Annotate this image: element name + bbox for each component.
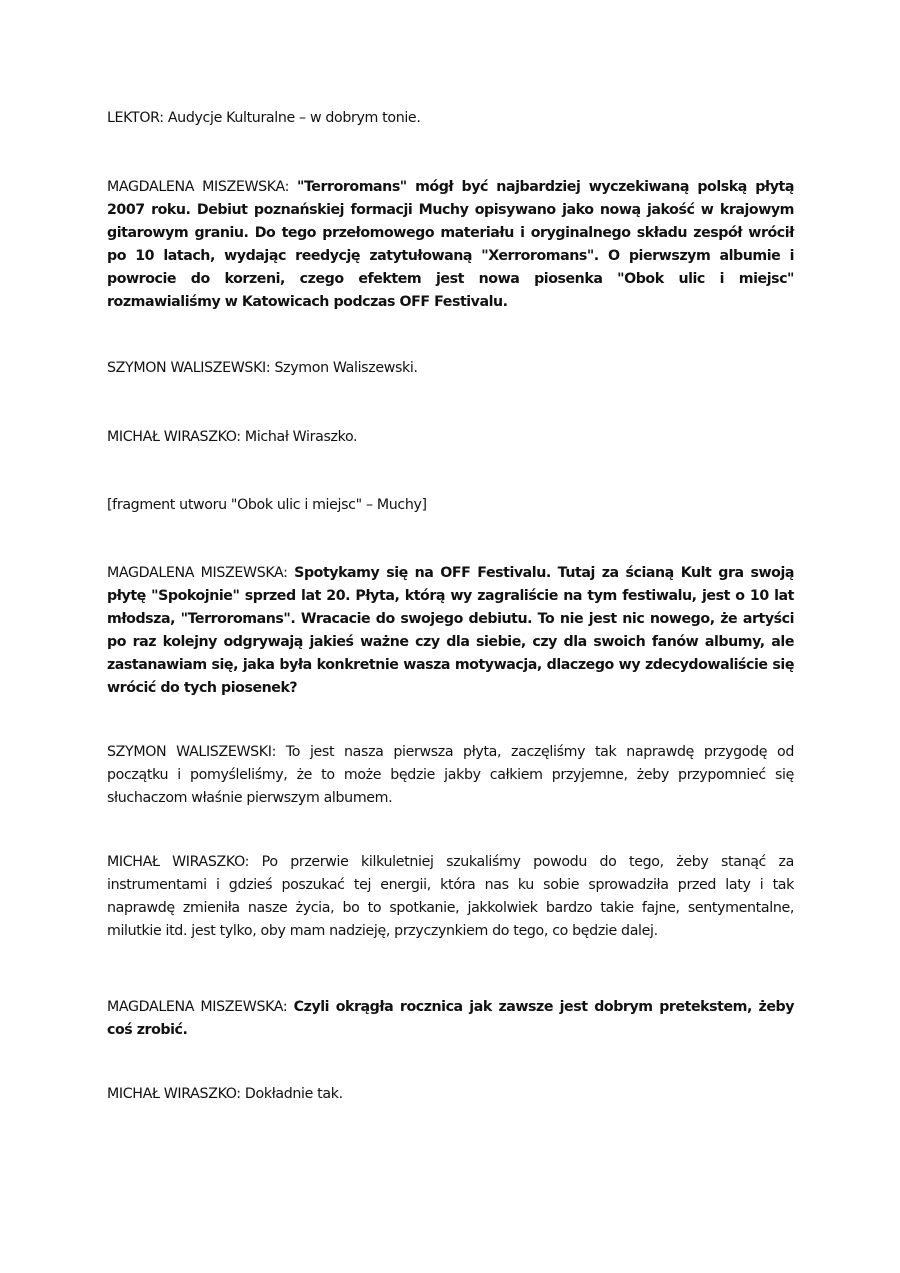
speaker-label: SZYMON WALISZEWSKI: xyxy=(107,744,276,760)
paragraph-szymon-intro: SZYMON WALISZEWSKI: Szymon Waliszewski. xyxy=(107,357,794,380)
paragraph-michal-reply: MICHAŁ WIRASZKO: Dokładnie tak. xyxy=(107,1083,794,1106)
paragraph-text: Audycje Kulturalne – w dobrym tonie. xyxy=(168,110,421,126)
speaker-label: MICHAŁ WIRASZKO: xyxy=(107,429,241,445)
paragraph-michal-answer: MICHAŁ WIRASZKO: Po przerwie kilkuletnie… xyxy=(107,851,794,943)
paragraph-text: [fragment utworu "Obok ulic i miejsc" – … xyxy=(107,497,427,513)
speaker-label: SZYMON WALISZEWSKI: xyxy=(107,360,270,376)
paragraph-michal-intro: MICHAŁ WIRASZKO: Michał Wiraszko. xyxy=(107,426,794,449)
speaker-label: MAGDALENA MISZEWSKA: xyxy=(107,565,288,581)
paragraph-lektor-intro: LEKTOR: Audycje Kulturalne – w dobrym to… xyxy=(107,107,794,130)
speaker-label: MAGDALENA MISZEWSKA: xyxy=(107,179,289,195)
paragraph-host-intro: MAGDALENA MISZEWSKA: "Terroromans" mógł … xyxy=(107,176,794,314)
paragraph-song-fragment: [fragment utworu "Obok ulic i miejsc" – … xyxy=(107,494,794,517)
speaker-label: LEKTOR: xyxy=(107,110,164,126)
paragraph-text: Szymon Waliszewski. xyxy=(274,360,417,376)
paragraph-szymon-answer: SZYMON WALISZEWSKI: To jest nasza pierws… xyxy=(107,741,794,810)
paragraph-host-question-2: MAGDALENA MISZEWSKA: Czyli okrągła roczn… xyxy=(107,996,794,1042)
paragraph-text: Dokładnie tak. xyxy=(245,1086,343,1102)
paragraph-text: Spotykamy się na OFF Festivalu. Tutaj za… xyxy=(107,565,794,696)
speaker-label: MICHAŁ WIRASZKO: xyxy=(107,1086,241,1102)
speaker-label: MICHAŁ WIRASZKO: xyxy=(107,854,249,870)
speaker-label: MAGDALENA MISZEWSKA: xyxy=(107,999,287,1015)
paragraph-text: "Terroromans" mógł być najbardziej wycze… xyxy=(107,179,794,310)
paragraph-text: Michał Wiraszko. xyxy=(245,429,357,445)
paragraph-host-question-1: MAGDALENA MISZEWSKA: Spotykamy się na OF… xyxy=(107,562,794,700)
